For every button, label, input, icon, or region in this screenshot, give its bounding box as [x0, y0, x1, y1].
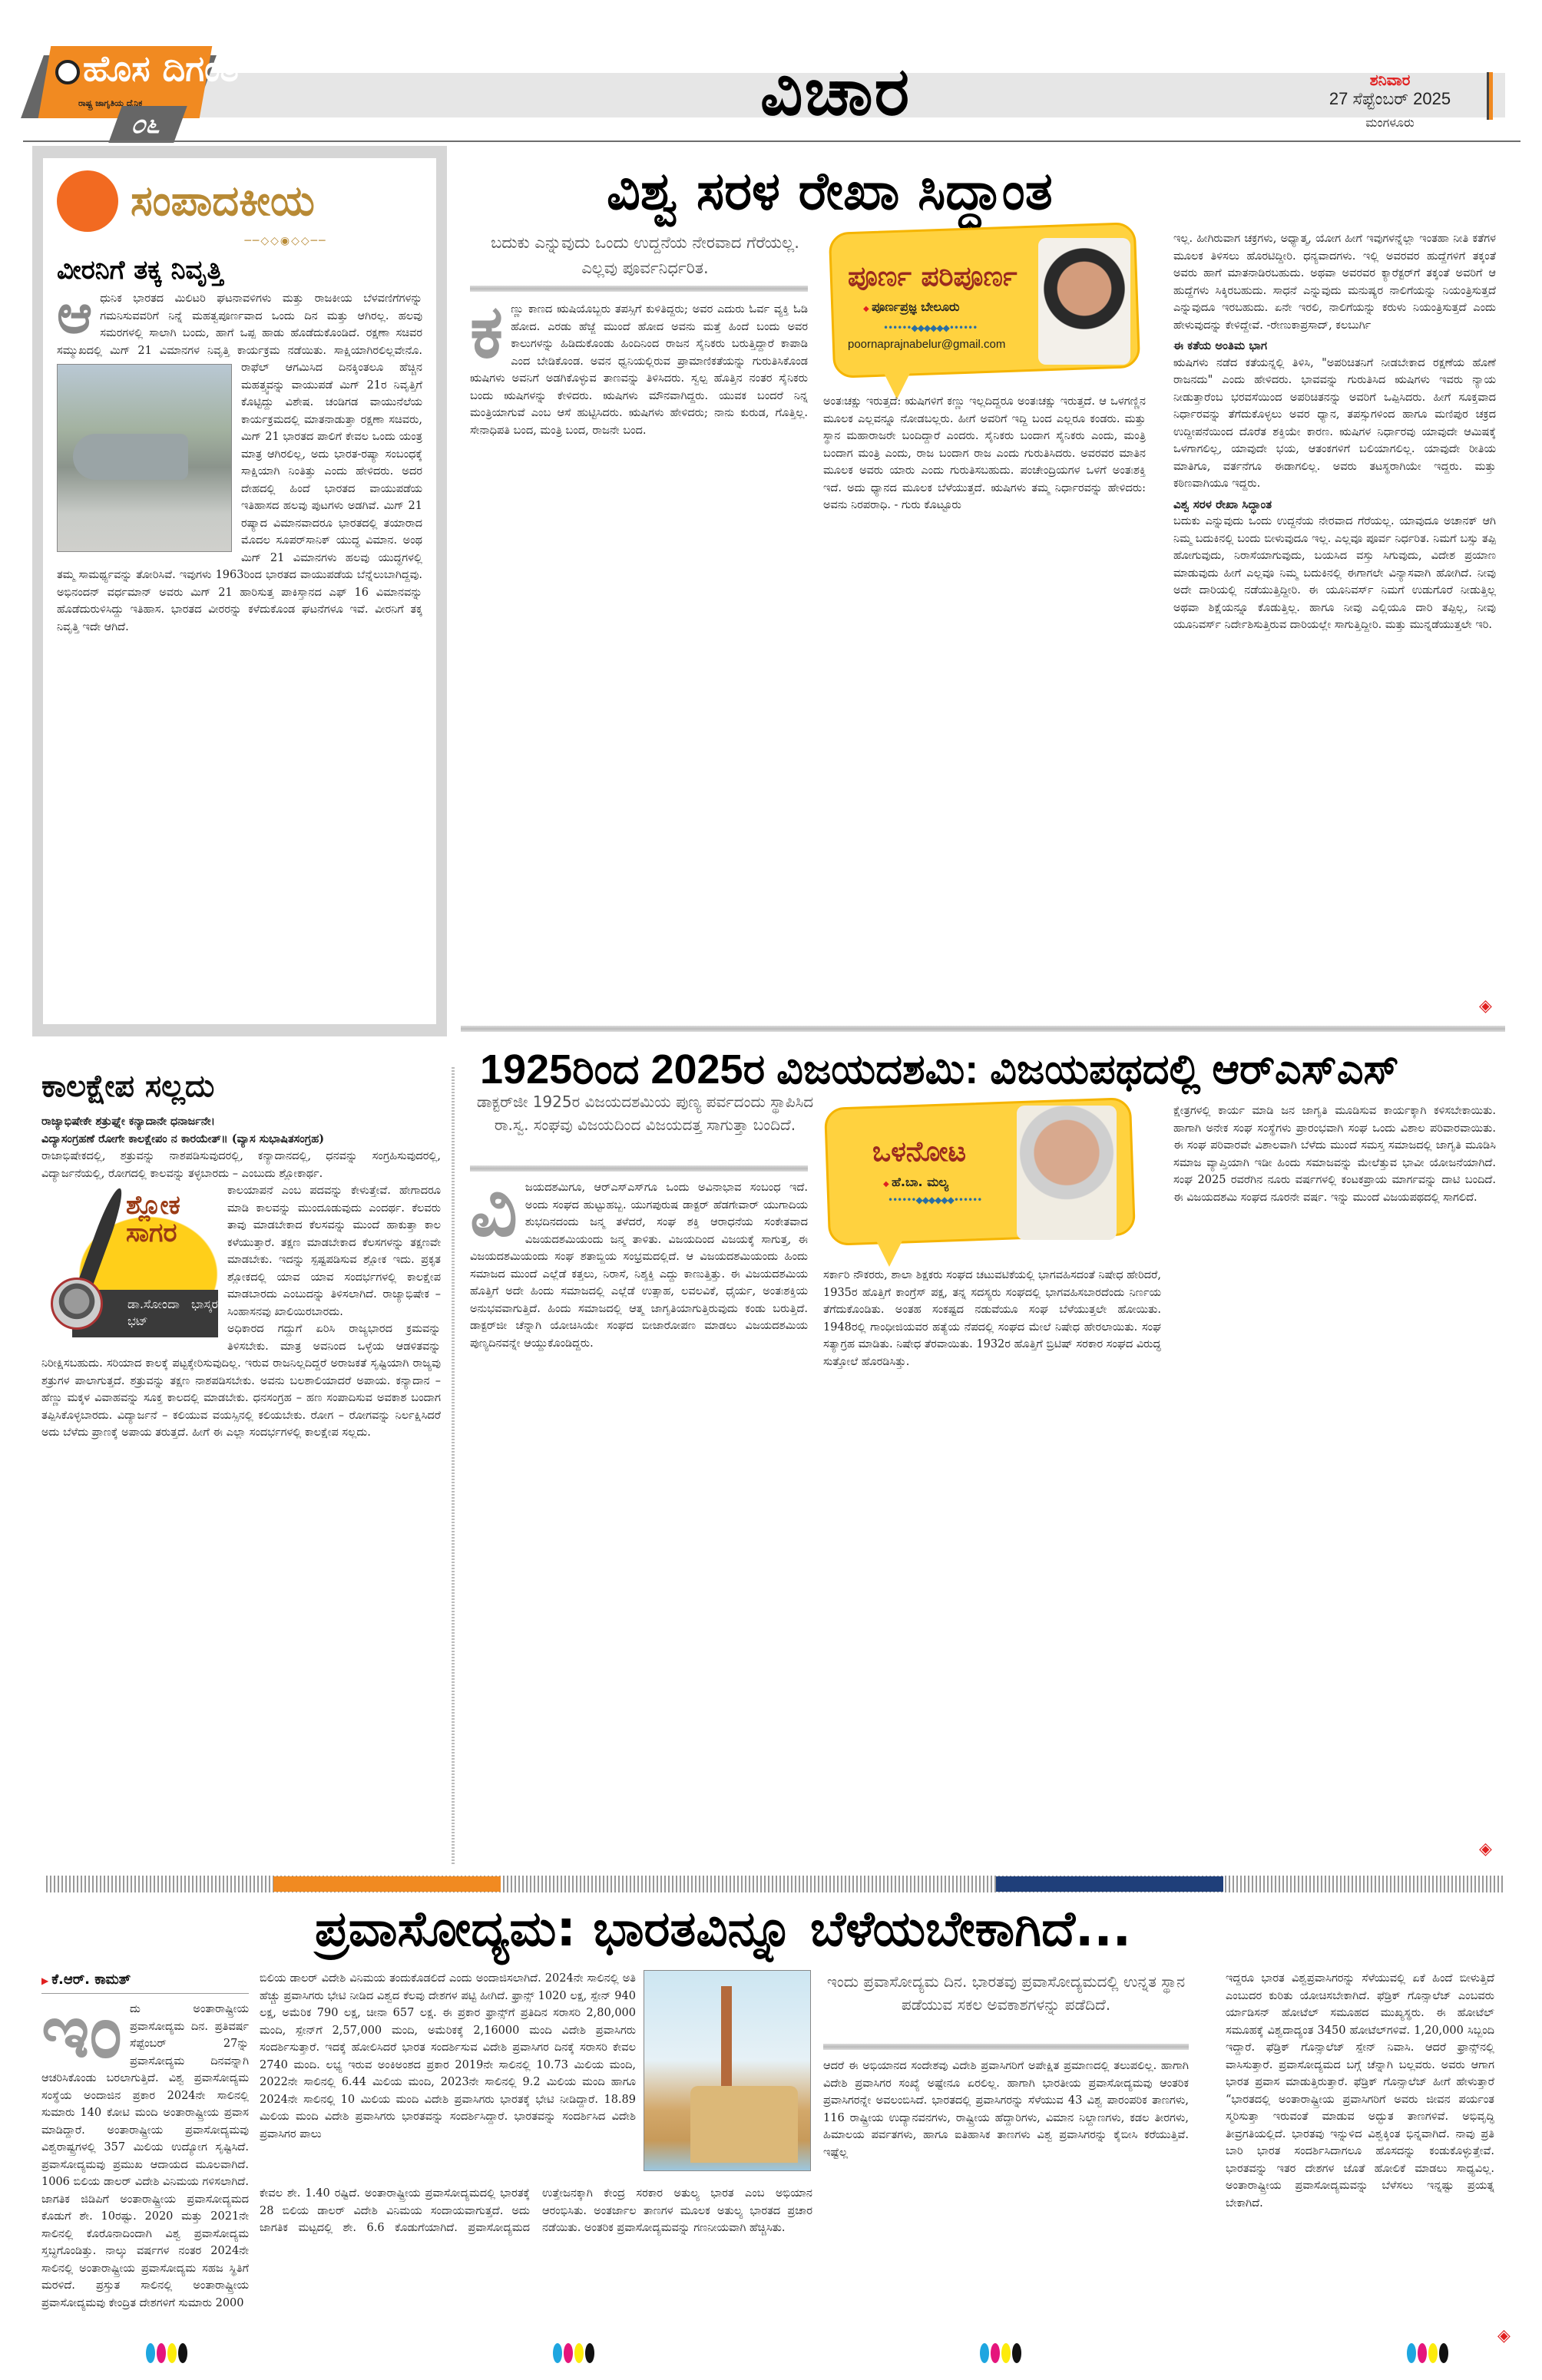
shloka-sagara-graphic: ಶ್ಲೋಕ ಸಾಗರ ಡಾ.ಸೋಂದಾ ಭಾಸ್ಕರ ಭಟ್: [41, 1185, 220, 1347]
article-vishwa-col1: ಕ ಣ್ಣು ಕಾಣದ ಋಷಿಯೊಬ್ಬರು ತಪಸ್ಸಿಗೆ ಕುಳಿತಿದ್…: [470, 301, 808, 1030]
deck-rule: [470, 1165, 808, 1172]
dropcap: ಆ: [57, 290, 92, 338]
end-mark-icon: ◈: [1497, 2326, 1511, 2345]
article-headline-rss[interactable]: 1925ರಿಂದ 2025ರ ವಿಜಯದಶಮಿ: ವಿಜಯಪಥದಲ್ಲಿ ಆರ್…: [480, 1046, 1399, 1094]
article-rss-col1: ವಿ ಜಯದಶಮಿಗೂ, ಆರ್‌ಎಸ್‌ಎಸ್‌ಗೂ ಒಂದು ಅವಿನಾಭಾ…: [470, 1179, 808, 1855]
column-name: ಪೂರ್ಣ ಪರಿಪೂರ್ಣ: [848, 261, 1018, 293]
column-name: ಶ್ಲೋಕ ಸಾಗರ: [126, 1192, 220, 1247]
section-title: ವಿಚಾರ: [760, 54, 911, 132]
deck-rule: [823, 2044, 1189, 2050]
article-tourism-col2: ಬಿಲಿಯ ಡಾಲರ್ ವಿದೇಶಿ ವಿನಿಮಯ ತಂದುಕೊಡಲಿದೆ ಎಂ…: [260, 1970, 636, 2177]
article-deck-tourism: ಇಂದು ಪ್ರವಾಸೋದ್ಯಮ ದಿನ. ಭಾರತವು ಪ್ರವಾಸೋದ್ಯಮ…: [822, 1970, 1190, 2016]
weekday: ಶನಿವಾರ: [1321, 71, 1459, 89]
column-name: ಒಳನೋಟ: [872, 1136, 966, 1169]
section-divider-band: [46, 1876, 1505, 1892]
india-monuments-image[interactable]: [644, 1970, 811, 2171]
masthead: ಹೊಸ ದಿಗಂತ ರಾಷ್ಟ್ರ ಜಾಗೃತಿಯ ದೈನಿಕ ೦೬ ವಿಚಾರ…: [0, 0, 1542, 146]
author-email[interactable]: poornaprajnabelur@gmail.com: [848, 338, 1005, 351]
date-accent-bar: [1487, 72, 1493, 120]
accent-band-blue: [996, 1876, 1223, 1892]
subhead: ಈ ಕತೆಯ ಅಂತಿಮ ಭಾಗ: [1173, 337, 1496, 355]
dropcap: ಕ: [470, 301, 503, 362]
ornament-divider: ──◇◇◉◇◇──: [149, 235, 422, 247]
column-author: ಪೂರ್ಣಪ್ರಜ್ಞ ಬೇಲೂರು: [863, 299, 960, 315]
editorial-emblem-icon: [57, 170, 118, 232]
shloka-line-1: ರಾಜ್ಯಾಭಿಷೇಕೇ ಶತ್ರುಘ್ನೇ ಕನ್ಯಾದಾನೇ ಧನಾರ್ಜನ…: [41, 1113, 441, 1131]
editorial-section-label: ಸಂಪಾದಕೀಯ: [131, 177, 315, 226]
dropcap: ವಿ: [470, 1179, 518, 1241]
mig21-photo[interactable]: [57, 364, 232, 552]
registration-mark: [980, 2343, 1021, 2363]
author-photo: [1038, 238, 1130, 365]
kalakshepa-headline[interactable]: ಕಾಲಕ್ಷೇಪ ಸಲ್ಲದು: [41, 1069, 214, 1104]
section-divider: [461, 1026, 1505, 1032]
publication-date: 27 ಸೆಪ್ಟೆಂಬರ್ 2025: [1321, 89, 1459, 109]
accent-band-orange: [273, 1876, 501, 1892]
newspaper-emblem-icon: [55, 60, 80, 84]
article-deck-vishwa: ಬದುಕು ಎನ್ನುವುದು ಒಂದು ಉದ್ದನೆಯ ನೇರವಾದ ಗೆರೆ…: [476, 230, 814, 281]
end-mark-icon: ◈: [1479, 997, 1492, 1016]
quill-icon: [78, 1185, 127, 1284]
masthead-rule: [23, 140, 1520, 142]
registration-mark: [1407, 2343, 1448, 2363]
column-divider: [452, 1067, 455, 1866]
article-deck-rss: ಡಾಕ್ಟರ್‌ಜೀ 1925ರ ವಿಜಯದಶಮಿಯ ಪುಣ್ಯ ಪರ್ವದಂದ…: [476, 1090, 814, 1136]
article-tourism-col3: ಕೇವಲ ಶೇ. 1.40 ರಷ್ಟಿದೆ. ಅಂತಾರಾಷ್ಟ್ರೀಯ ಪ್ರ…: [260, 2185, 812, 2323]
article-tourism-col4: ಆದರೆ ಈ ಅಭಿಯಾನದ ಸಂದೇಶವು ವಿದೇಶಿ ಪ್ರವಾಸಿಗರಿ…: [823, 2058, 1189, 2323]
page-number: ೦೬: [108, 106, 187, 143]
shloka-meaning: ರಾಜಾಭಿಷೇಕದಲ್ಲಿ, ಶತ್ರುವನ್ನು ನಾಶಪಡಿಸುವುದರಲ…: [41, 1148, 441, 1182]
author-photo: [1017, 1106, 1117, 1240]
article-author: ಕೆ.ಆರ್. ಕಾಮತ್: [41, 1972, 131, 1988]
article-vishwa-col2: ಅಂತಃಚಕ್ಷು ಇರುತ್ತದೆ: ಋಷಿಗಳಿಗೆ ಕಣ್ಣು ಇಲ್ಲದ…: [823, 393, 1146, 1030]
registration-mark: [553, 2343, 594, 2363]
newspaper-logo[interactable]: ಹೊಸ ದಿಗಂತ: [83, 48, 239, 91]
date-block: ಶನಿವಾರ 27 ಸೆಪ್ಟೆಂಬರ್ 2025 ಮಂಗಳೂರು: [1321, 71, 1459, 131]
kalakshepa-body: ರಾಜ್ಯಾಭಿಷೇಕೇ ಶತ್ರುಘ್ನೇ ಕನ್ಯಾದಾನೇ ಧನಾರ್ಜನ…: [41, 1113, 441, 1442]
author-photo: [51, 1278, 103, 1330]
article-headline-vishwa[interactable]: ವಿಶ್ವ ಸರಳ ರೇಖಾ ಸಿದ್ಧಾಂತ: [607, 161, 1053, 223]
article-tourism-col1: ಇಂ ದು ಅಂತಾರಾಷ್ಟ್ರೀಯ ಪ್ರವಾಸೋದ್ಯಮ ದಿನ. ಪ್ರ…: [41, 2001, 249, 2323]
article-tourism-col5: ಇದ್ದರೂ ಭಾರತ ವಿಶ್ವಪ್ರವಾಸಿಗರನ್ನು ಸೆಳೆಯುವಲ್…: [1226, 1970, 1494, 2323]
column-author: ಹೆ.ಬಾ. ಮಲ್ಯ: [883, 1175, 948, 1190]
badge-tail: [875, 1239, 903, 1267]
article-rss-col3: ಕ್ಷೇತ್ರಗಳಲ್ಲಿ ಕಾರ್ಯ ಮಾಡಿ ಜನ ಜಾಗೃತಿ ಮೂಡಿಸ…: [1173, 1102, 1496, 1855]
editorial-box: ಸಂಪಾದಕೀಯ ──◇◇◉◇◇── ವೀರನಿಗೆ ತಕ್ಕ ನಿವೃತ್ತಿ…: [32, 146, 447, 1036]
deck-rule: [470, 286, 808, 292]
author-rule: [41, 1993, 249, 1994]
dotted-divider: ••••••◆◆◆◆◆◆••••••: [888, 1195, 981, 1205]
registration-mark: [146, 2343, 187, 2363]
shloka-line-2: ವಿದ್ಯಾಸಂಗ್ರಹಣೆ ರೋಗೇ ಕಾಲಕ್ಷೇಪಂ ನ ಕಾರಯೇತ್॥…: [41, 1131, 441, 1149]
subhead: ವಿಶ್ವ ಸರಳ ರೇಖಾ ಸಿದ್ಧಾಂತ: [1173, 496, 1496, 514]
article-rss-col2: ಸರ್ಕಾರಿ ನೌಕರರು, ಶಾಲಾ ಶಿಕ್ಷಕರು ಸಂಘದ ಚಟುವಟ…: [823, 1267, 1161, 1858]
editorial-headline[interactable]: ವೀರನಿಗೆ ತಕ್ಕ ನಿವೃತ್ತಿ: [57, 255, 422, 286]
edition-city: ಮಂಗಳೂರು: [1321, 115, 1459, 131]
dotted-divider: ••••••◆◆◆◆◆◆••••••: [883, 322, 977, 333]
dropcap: ಇಂ: [41, 2001, 122, 2062]
article-vishwa-col3: ಇಲ್ಲ. ಹೀಗಿರುವಾಗ ಚಕ್ರಗಳು, ಅಧ್ಯಾತ್ಮ, ಯೋಗ ಹ…: [1173, 230, 1496, 1029]
editorial-body: ಆ ಧುನಿಕ ಭಾರತದ ಮಿಲಿಟರಿ ಘಟನಾವಳಿಗಳು ಮತ್ತು ರ…: [57, 290, 422, 636]
end-mark-icon: ◈: [1479, 1840, 1492, 1859]
article-headline-tourism[interactable]: ಪ್ರವಾಸೋದ್ಯಮ: ಭಾರತವಿನ್ನೂ ಬೆಳೆಯಬೇಕಾಗಿದೆ...: [315, 1901, 1131, 1958]
